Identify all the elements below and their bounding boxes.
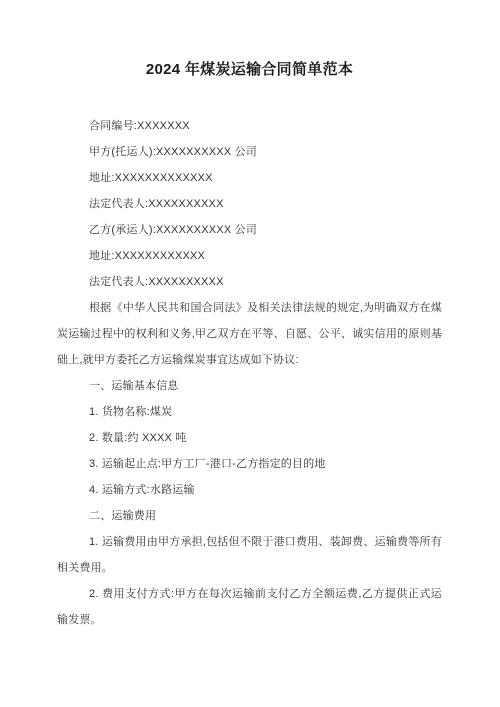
preamble-paragraph: 根据《中华人民共和国合同法》及相关法律法规的规定,为明确双方在煤炭运输过程中的权…	[57, 295, 442, 373]
party-b-representative-line: 法定代表人:XXXXXXXXXX	[57, 269, 442, 295]
party-a-line: 甲方(托运人):XXXXXXXXXX 公司	[57, 139, 442, 165]
party-b-line: 乙方(承运人):XXXXXXXXXX 公司	[57, 217, 442, 243]
document-title: 2024 年煤炭运输合同简单范本	[57, 57, 442, 83]
party-a-representative-line: 法定代表人:XXXXXXXXXX	[57, 191, 442, 217]
item-route: 3. 运输起止点:甲方工厂-港口-乙方指定的目的地	[57, 451, 442, 477]
contract-document-page: 2024 年煤炭运输合同简单范本 合同编号:XXXXXXX 甲方(托运人):XX…	[0, 0, 500, 707]
item-transport-mode: 4. 运输方式:水路运输	[57, 477, 442, 503]
item-payment-method: 2. 费用支付方式:甲方在每次运输前支付乙方全额运费,乙方提供正式运输发票。	[57, 581, 442, 633]
item-cost-bearing: 1. 运输费用由甲方承担,包括但不限于港口费用、装卸费、运输费等所有相关费用。	[57, 529, 442, 581]
section-1-heading: 一、运输基本信息	[57, 373, 442, 399]
item-goods-name: 1. 货物名称:煤炭	[57, 399, 442, 425]
item-quantity: 2. 数量:约 XXXX 吨	[57, 425, 442, 451]
contract-number-line: 合同编号:XXXXXXX	[57, 113, 442, 139]
party-a-address-line: 地址:XXXXXXXXXXXXX	[57, 165, 442, 191]
section-2-heading: 二、运输费用	[57, 503, 442, 529]
party-b-address-line: 地址:XXXXXXXXXXXX	[57, 243, 442, 269]
